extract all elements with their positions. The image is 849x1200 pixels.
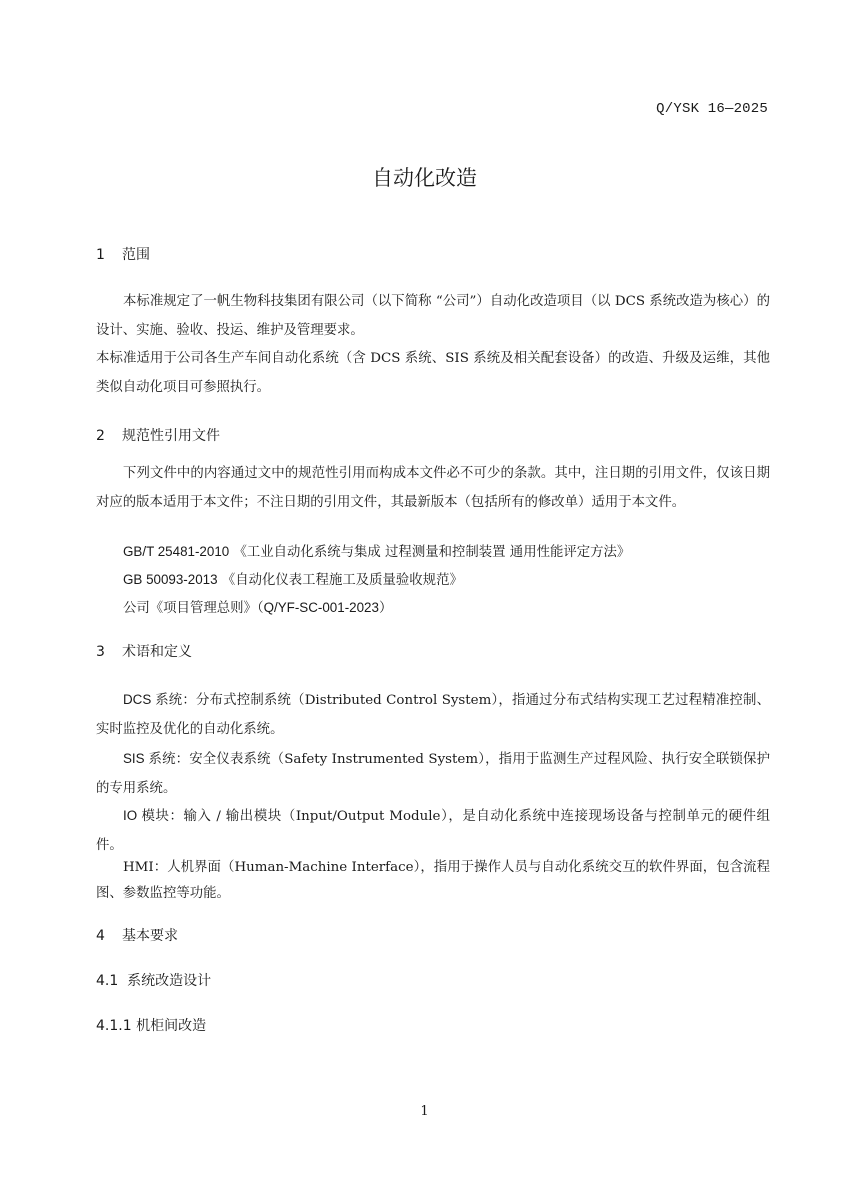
section-number: 4 xyxy=(96,928,122,944)
term-text: 安全仪表系统（Safety Instrumented System），指用于监测… xyxy=(96,752,770,796)
paragraph-scope-1: 本标准规定了一帆生物科技集团有限公司（以下简称 “公司”）自动化改造项目（以 D… xyxy=(96,288,770,345)
page-number: 1 xyxy=(0,1104,849,1119)
reference-title: 《项目管理总则》 xyxy=(150,601,257,616)
reference-title: 《自动化仪表工程施工及质量验收规范》 xyxy=(222,573,463,588)
subsection-title: 系统改造设计 xyxy=(127,973,211,989)
subsection-heading-4-1-1: 4.1.1 机柜间改造 xyxy=(96,1015,206,1035)
reference-code: （Q/YF-SC-001-2023） xyxy=(257,600,392,615)
page-title: 自动化改造 xyxy=(0,162,849,192)
term-text: 分布式控制系统（Distributed Control System），指通过分… xyxy=(96,693,770,737)
section-title: 范围 xyxy=(122,247,150,263)
term-text: 输入 / 输出模块（Input/Output Module），是自动化系统中连接… xyxy=(96,809,770,853)
section-heading-3: 3术语和定义 xyxy=(96,641,192,661)
reference-item: GB/T 25481-2010 《工业自动化系统与集成 过程测量和控制装置 通用… xyxy=(123,542,630,563)
section-title: 术语和定义 xyxy=(122,644,192,660)
term-text: 人机界面（Human-Machine Interface），指用于操作人员与自动… xyxy=(96,860,770,901)
subsection-title: 机柜间改造 xyxy=(136,1018,206,1034)
section-heading-2: 2规范性引用文件 xyxy=(96,425,220,445)
reference-item: GB 50093-2013 《自动化仪表工程施工及质量验收规范》 xyxy=(123,570,463,591)
reference-prefix: 公司 xyxy=(123,601,150,616)
term-definition: SIS 系统：安全仪表系统（Safety Instrumented System… xyxy=(96,745,770,803)
subsection-number: 4.1.1 xyxy=(96,1018,132,1034)
term-definition: IO 模块：输入 / 输出模块（Input/Output Module），是自动… xyxy=(96,802,770,860)
section-title: 基本要求 xyxy=(122,928,178,944)
section-number: 3 xyxy=(96,644,122,660)
subsection-number: 4.1 xyxy=(96,973,118,989)
section-number: 2 xyxy=(96,428,122,444)
paragraph-scope-2: 本标准适用于公司各生产车间自动化系统（含 DCS 系统、SIS 系统及相关配套设… xyxy=(96,345,770,402)
term-definition: HMI：人机界面（Human-Machine Interface），指用于操作人… xyxy=(96,855,770,907)
document-number: Q/YSK 16—2025 xyxy=(656,101,768,117)
term-name: DCS 系统： xyxy=(123,692,196,707)
paragraph-references-intro: 下列文件中的内容通过文中的规范性引用而构成本文件必不可少的条款。其中，注日期的引… xyxy=(96,460,770,517)
reference-title: 《工业自动化系统与集成 过程测量和控制装置 通用性能评定方法》 xyxy=(233,545,630,560)
term-name: HMI： xyxy=(123,860,167,875)
term-name: SIS 系统： xyxy=(123,751,189,766)
reference-code: GB/T 25481-2010 xyxy=(123,544,229,559)
section-heading-4: 4基本要求 xyxy=(96,925,178,945)
reference-code: GB 50093-2013 xyxy=(123,572,218,587)
term-definition: DCS 系统：分布式控制系统（Distributed Control Syste… xyxy=(96,686,770,744)
reference-item: 公司《项目管理总则》（Q/YF-SC-001-2023） xyxy=(123,598,392,619)
section-heading-1: 1范围 xyxy=(96,244,150,264)
section-number: 1 xyxy=(96,247,122,263)
term-name: IO 模块： xyxy=(123,808,184,823)
section-title: 规范性引用文件 xyxy=(122,428,220,444)
subsection-heading-4-1: 4.1 系统改造设计 xyxy=(96,970,211,990)
